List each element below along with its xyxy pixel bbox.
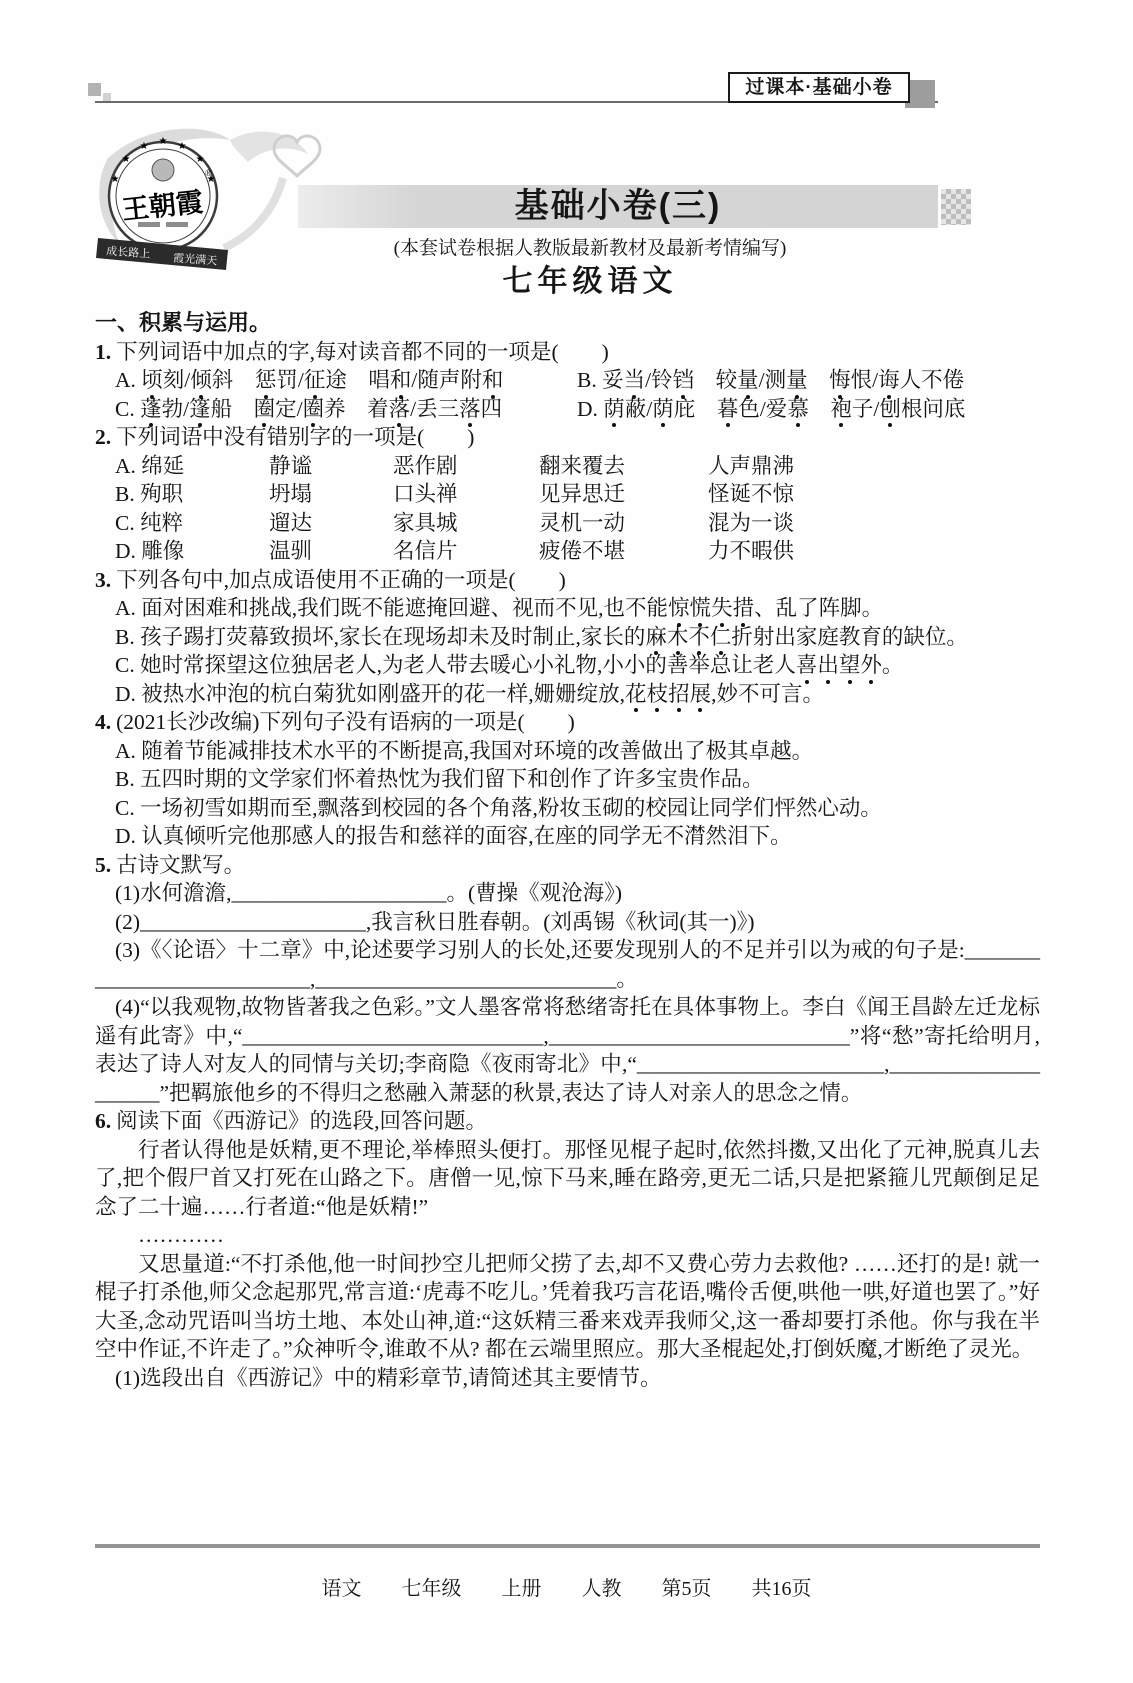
star-icon: ★ — [140, 141, 149, 152]
option-c: C. 一场初雪如期而至,飘落到校园的各个角落,粉妆玉砌的校园让同学们怦然心动。 — [95, 794, 1040, 823]
question-3: 3.下列各句中,加点成语使用不正确的一项是( ) A. 面对困难和挑战,我们既不… — [95, 566, 1040, 709]
exam-body: 一、积累与运用。 1.下列词语中加点的字,每对读音都不同的一项是( ) A. 顷… — [95, 309, 1040, 1392]
option-c: C. 纯粹 — [115, 509, 269, 538]
option-word: 力不暇供 — [708, 537, 1040, 566]
option-word: 恶作剧 — [393, 452, 539, 481]
page-footer: 语文 七年级 上册 人教 第5页 共16页 — [0, 1572, 1133, 1601]
option-d: D. 雕像 — [115, 537, 269, 566]
question-stem-line: 3.下列各句中,加点成语使用不正确的一项是( ) — [95, 566, 1040, 595]
option-d: D. 被热水冲泡的杭白菊犹如刚盛开的花一样,姗姗绽放,花枝招展,妙不可言。 — [95, 680, 1040, 709]
option-a: A. 顷刻/倾斜 惩罚/征途 唱和/随声附和 — [115, 366, 577, 395]
question-number: 6. — [95, 1109, 111, 1133]
option-a: A. 面对困难和挑战,我们既不能遮掩回避、视而不见,也不能惊慌失措、乱了阵脚。 — [95, 594, 1040, 623]
option-word: 温驯 — [269, 537, 393, 566]
question-1: 1.下列词语中加点的字,每对读音都不同的一项是( ) A. 顷刻/倾斜 惩罚/征… — [95, 338, 1040, 424]
dictation-item-1: (1)水何澹澹,____________________。(曹操《观沧海》) — [95, 879, 1040, 908]
option-word: 怪诞不惊 — [708, 480, 1040, 509]
subject-title: 七年级语文 — [270, 256, 910, 300]
option-word: 名信片 — [393, 537, 539, 566]
option-d: D. 荫蔽/荫庇 暮色/爱慕 袍子/刨根问底 — [577, 395, 1040, 424]
micro-text-decoration — [166, 222, 188, 227]
option-word: 翻来覆去 — [539, 452, 708, 481]
corner-pixel-decoration — [88, 83, 101, 96]
passage-paragraph: 行者认得他是妖精,更不理论,举棒照头便打。那怪见棍子起时,依然抖擞,又出化了元神… — [95, 1136, 1040, 1222]
dictation-item-2: (2)_____________________,我言秋日胜春朝。(刘禹锡《秋词… — [95, 908, 1040, 937]
sub-question-1: (1)选段出自《西游记》中的精彩章节,请简述其主要情节。 — [95, 1364, 1040, 1393]
passage-paragraph: 又思量道:“不打杀他,他一时间抄空儿把师父捞了去,却不又费心劳力去救他? ……还… — [95, 1250, 1040, 1364]
option-d: D. 认真倾听完他那感人的报告和慈祥的面容,在座的同学无不潸然泪下。 — [95, 822, 1040, 851]
question-number: 3. — [95, 568, 111, 592]
option-a: A. 随着节能减排技术水平的不断提高,我国对环境的改善做出了极其卓越。 — [95, 737, 1040, 766]
star-icon: ★ — [159, 136, 168, 147]
question-stem: 古诗文默写。 — [116, 853, 245, 877]
question-stem: 下列各句中,加点成语使用不正确的一项是( ) — [116, 568, 566, 592]
banner-pixel-decoration — [941, 189, 971, 225]
exam-page: 过课本·基础小卷 ★ ★ ★ ★ ★ ★ ★ 王朝霞 ® 成长路上 霞光满天 基… — [0, 0, 1133, 1683]
option-word: 灵机一动 — [539, 509, 708, 538]
option-row: C. 蓬勃/篷船 圈定/圈养 着落/丢三落四 D. 荫蔽/荫庇 暮色/爱慕 袍子… — [95, 395, 1040, 424]
question-stem-line: 1.下列词语中加点的字,每对读音都不同的一项是( ) — [95, 338, 1040, 367]
question-6: 6.阅读下面《西游记》的选段,回答问题。 行者认得他是妖精,更不理论,举棒照头便… — [95, 1107, 1040, 1392]
corner-pixel-decoration — [103, 93, 111, 101]
question-number: 2. — [95, 425, 111, 449]
question-stem-line: 2.下列词语中没有错别字的一项是( ) — [95, 423, 1040, 452]
question-stem-line: 4.(2021长沙改编)下列句子没有语病的一项是( ) — [95, 708, 1040, 737]
star-icon: ★ — [196, 154, 205, 165]
ellipsis-line: ………… — [95, 1221, 1040, 1250]
section-heading: 一、积累与运用。 — [95, 309, 1040, 338]
dictation-item-3: (3)《〈论语〉十二章》中,论述要学习别人的长处,还要发现别人的不足并引以为戒的… — [95, 936, 1040, 993]
micro-text-decoration — [138, 222, 160, 227]
option-b: B. 孩子踢打荧幕致损坏,家长在现场却未及时制止,家长的麻木不仁折射出家庭教育的… — [95, 623, 1040, 652]
option-word: 疲倦不堪 — [539, 537, 708, 566]
option-c: C. 蓬勃/篷船 圈定/圈养 着落/丢三落四 — [115, 395, 577, 424]
header-tag: 过课本·基础小卷 — [728, 72, 910, 103]
option-b: B. 妥当/铃铛 较量/测量 悔恨/诲人不倦 — [577, 366, 1040, 395]
option-word: 见异思迁 — [539, 480, 708, 509]
ribbon-decoration — [230, 132, 308, 162]
option-word: 静谧 — [269, 452, 393, 481]
star-icon: ★ — [178, 141, 187, 152]
option-row: C. 纯粹 遛达 家具城 灵机一动 混为一谈 — [95, 509, 1040, 538]
question-stem-line: 6.阅读下面《西游记》的选段,回答问题。 — [95, 1107, 1040, 1136]
question-stem-line: 5.古诗文默写。 — [95, 851, 1040, 880]
option-word: 口头禅 — [393, 480, 539, 509]
option-word: 家具城 — [393, 509, 539, 538]
portrait-icon — [152, 159, 174, 181]
option-row: D. 雕像 温驯 名信片 疲倦不堪 力不暇供 — [95, 537, 1040, 566]
question-2: 2.下列词语中没有错别字的一项是( ) A. 绵延 静谧 恶作剧 翻来覆去 人声… — [95, 423, 1040, 566]
option-word: 混为一谈 — [708, 509, 1040, 538]
question-number: 5. — [95, 853, 111, 877]
question-stem: 下列词语中加点的字,每对读音都不同的一项是( ) — [116, 340, 609, 364]
option-row: A. 顷刻/倾斜 惩罚/征途 唱和/随声附和 B. 妥当/铃铛 较量/测量 悔恨… — [95, 366, 1040, 395]
question-stem: (2021长沙改编)下列句子没有语病的一项是( ) — [116, 710, 575, 734]
option-b: B. 五四时期的文学家们怀着热忱为我们留下和创作了许多宝贵作品。 — [95, 765, 1040, 794]
option-a: A. 绵延 — [115, 452, 269, 481]
dictation-item-4: (4)“以我观物,故物皆著我之色彩。”文人墨客常将愁绪寄托在具体事物上。李白《闻… — [95, 993, 1040, 1107]
question-stem: 下列词语中没有错别字的一项是( ) — [116, 425, 474, 449]
option-row: B. 殉职 坍塌 口头禅 见异思迁 怪诞不惊 — [95, 480, 1040, 509]
question-5: 5.古诗文默写。 (1)水何澹澹,____________________。(曹… — [95, 851, 1040, 1108]
question-number: 1. — [95, 340, 111, 364]
option-row: A. 绵延 静谧 恶作剧 翻来覆去 人声鼎沸 — [95, 452, 1040, 481]
star-icon: ★ — [122, 154, 131, 165]
option-word: 人声鼎沸 — [708, 452, 1040, 481]
question-4: 4.(2021长沙改编)下列句子没有语病的一项是( ) A. 随着节能减排技术水… — [95, 708, 1040, 851]
option-word: 遛达 — [269, 509, 393, 538]
question-stem: 阅读下面《西游记》的选段,回答问题。 — [116, 1109, 487, 1133]
option-word: 坍塌 — [269, 480, 393, 509]
question-number: 4. — [95, 710, 111, 734]
registered-mark: ® — [205, 168, 212, 178]
star-icon: ★ — [111, 174, 120, 185]
option-b: B. 殉职 — [115, 480, 269, 509]
paper-title-banner: 基础小卷(三) — [298, 185, 938, 228]
footer-rule — [95, 1544, 1040, 1548]
option-c: C. 她时常探望这位独居老人,为老人带去暖心小礼物,小小的善举总让老人喜出望外。 — [95, 651, 1040, 680]
